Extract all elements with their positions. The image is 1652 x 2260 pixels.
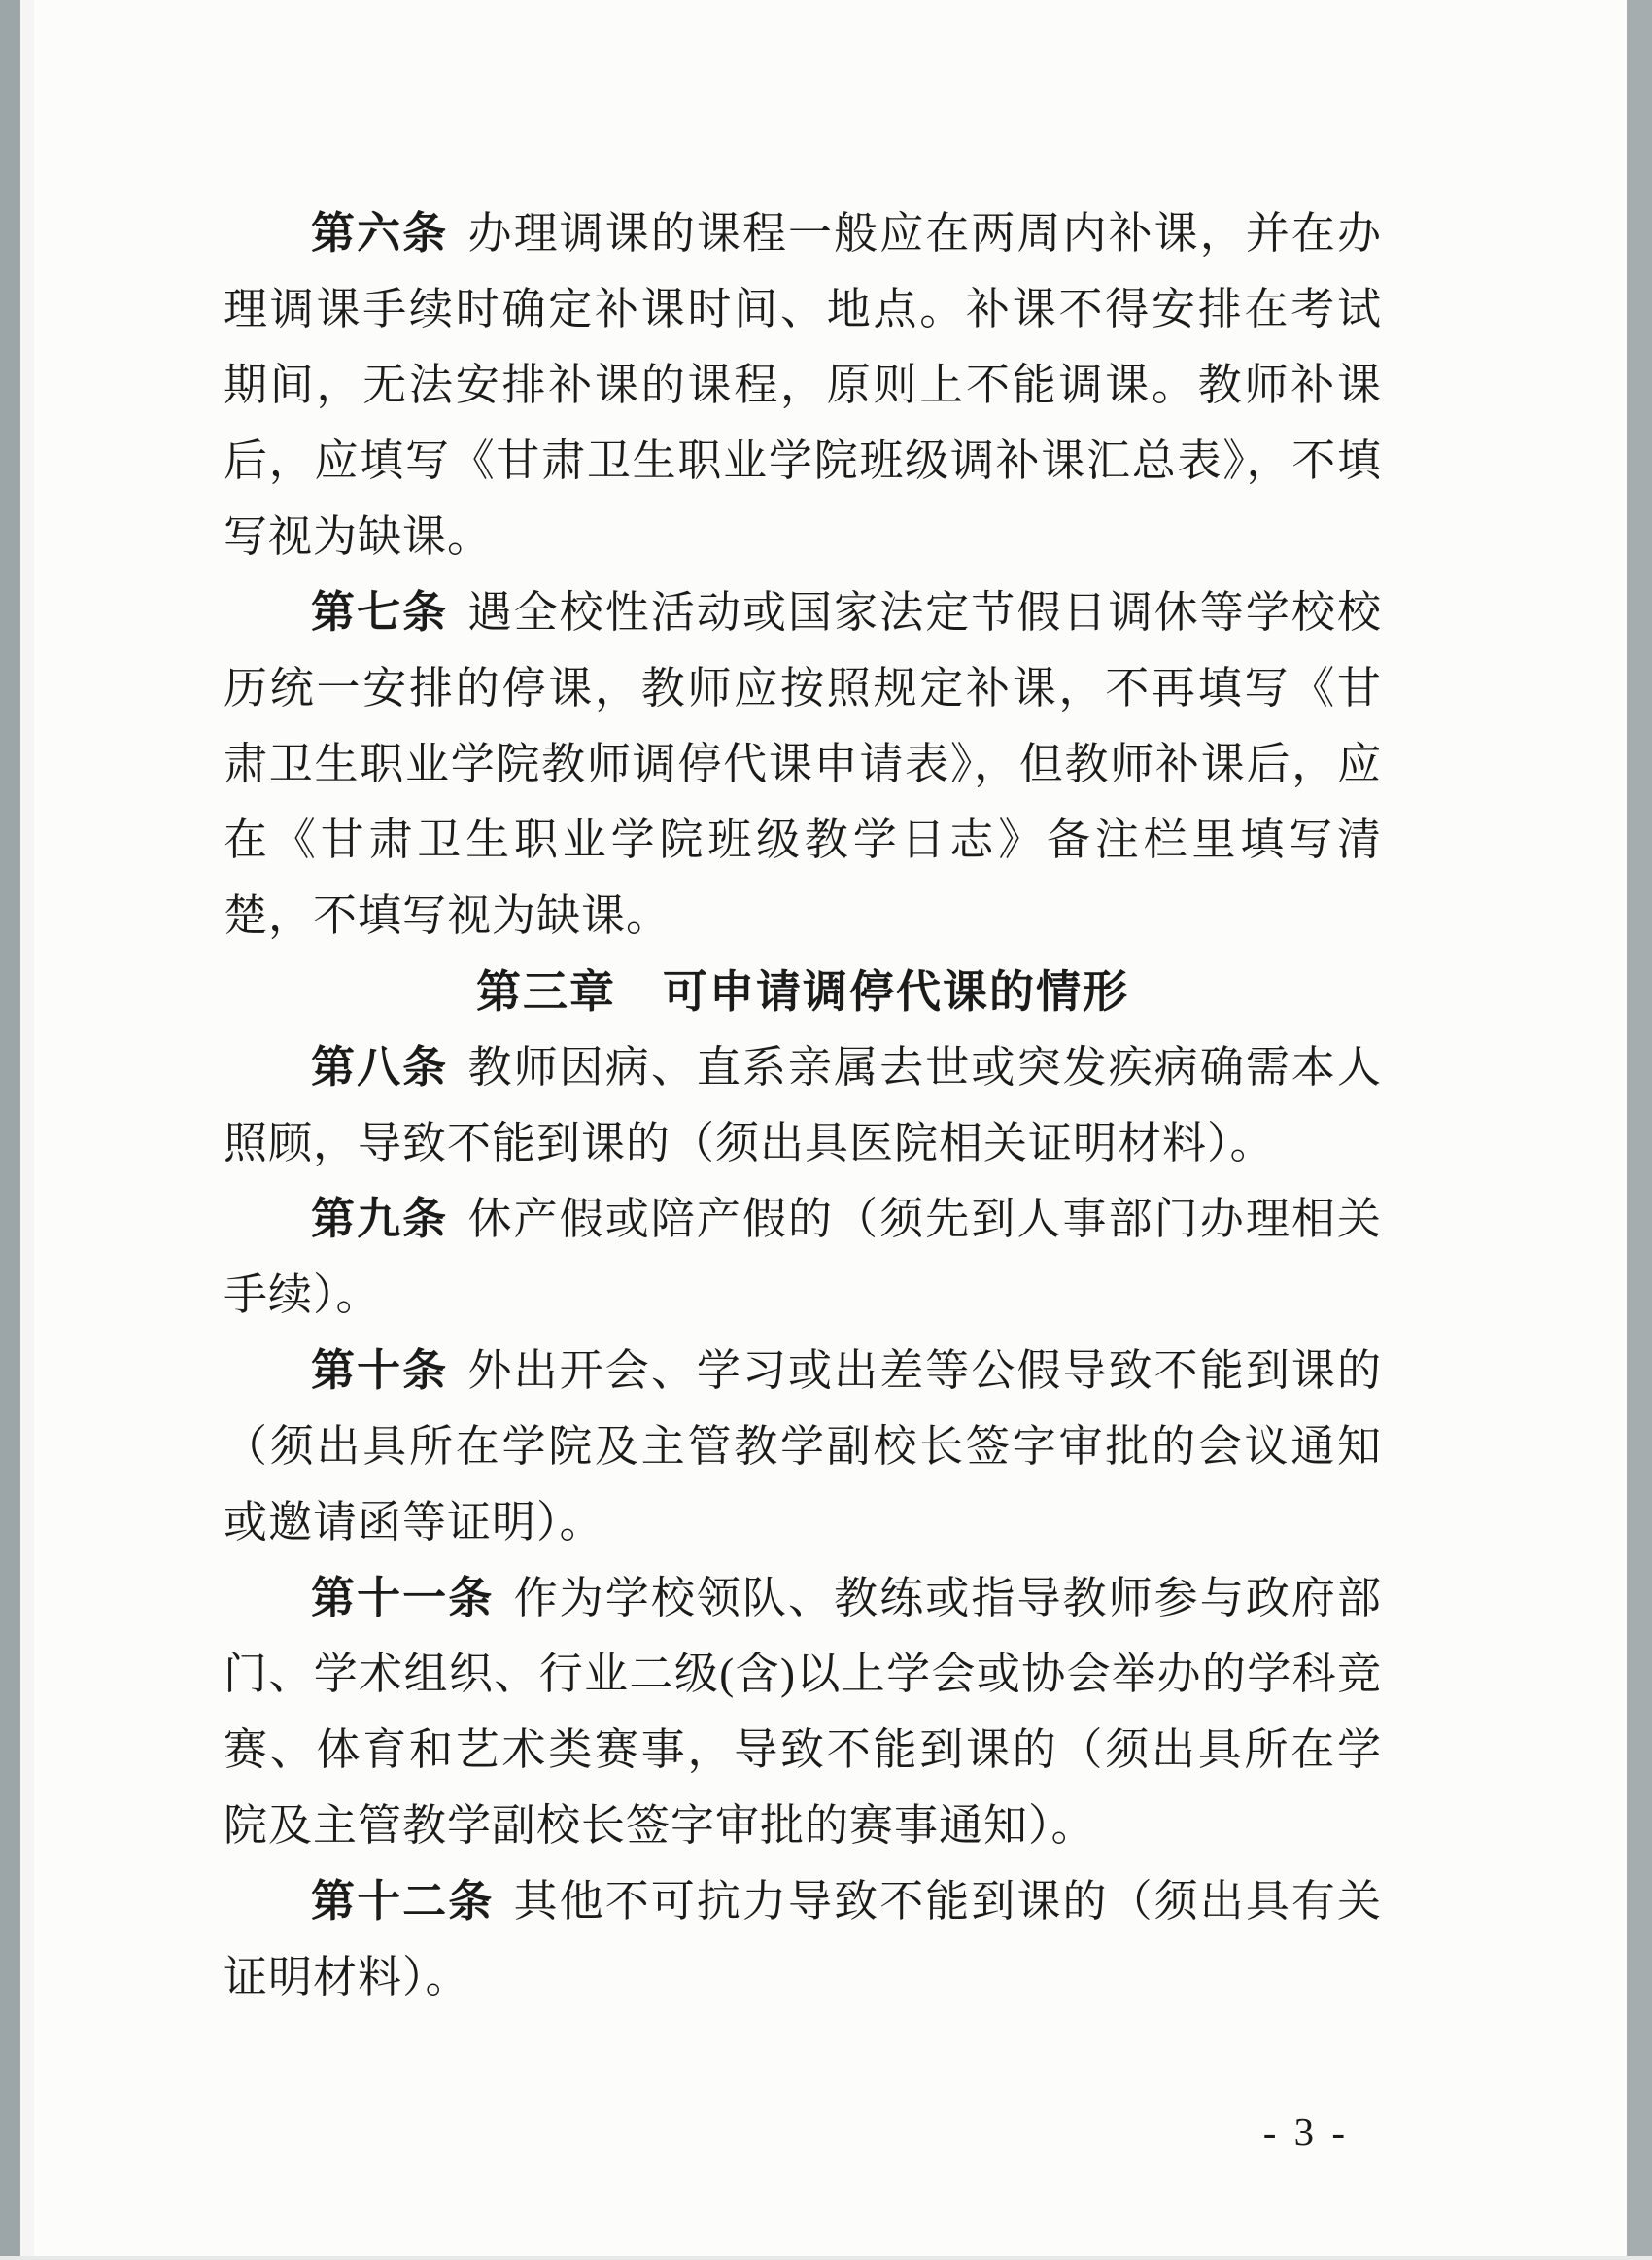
article-6-text: 办理调课的课程一般应在两周内补课，并在办理调课手续时确定补课时间、地点。补课不得… (224, 209, 1382, 561)
paragraph-article-10: 第十条外出开会、学习或出差等公假导致不能到课的（须出具所在学院及主管教学副校长签… (224, 1333, 1382, 1560)
scan-edge-bottom (0, 2256, 1652, 2260)
document-body: 第六条办理调课的课程一般应在两周内补课，并在办理调课手续时确定补课时间、地点。补… (224, 195, 1382, 2015)
scanned-page: 第六条办理调课的课程一般应在两周内补课，并在办理调课手续时确定补课时间、地点。补… (0, 0, 1652, 2260)
paragraph-article-9: 第九条休产假或陪产假的（须先到人事部门办理相关手续）。 (224, 1181, 1382, 1333)
paragraph-article-12: 第十二条其他不可抗力导致不能到课的（须出具有关证明材料）。 (224, 1863, 1382, 2015)
scan-edge-left-sliver (20, 0, 34, 2260)
article-6-number: 第六条 (311, 209, 448, 258)
article-8-number: 第八条 (311, 1043, 448, 1092)
article-7-number: 第七条 (311, 588, 448, 637)
scan-edge-right (1627, 0, 1652, 2260)
paragraph-article-11: 第十一条作为学校领队、教练或指导教师参与政府部门、学术组织、行业二级(含)以上学… (224, 1560, 1382, 1863)
paragraph-article-8: 第八条教师因病、直系亲属去世或突发疾病确需本人照顾，导致不能到课的（须出具医院相… (224, 1029, 1382, 1181)
paragraph-article-7: 第七条遇全校性活动或国家法定节假日调休等学校校历统一安排的停课，教师应按照规定补… (224, 574, 1382, 954)
article-12-number: 第十二条 (311, 1877, 494, 1926)
chapter-3-heading: 第三章 可申请调停代课的情形 (224, 954, 1382, 1029)
article-7-text: 遇全校性活动或国家法定节假日调休等学校校历统一安排的停课，教师应按照规定补课，不… (224, 588, 1382, 940)
page-number: - 3 - (1263, 2107, 1349, 2156)
paragraph-article-6: 第六条办理调课的课程一般应在两周内补课，并在办理调课手续时确定补课时间、地点。补… (224, 195, 1382, 574)
scan-edge-left (0, 0, 20, 2260)
article-9-number: 第九条 (311, 1195, 448, 1243)
article-10-number: 第十条 (311, 1346, 448, 1395)
article-11-number: 第十一条 (311, 1574, 494, 1622)
